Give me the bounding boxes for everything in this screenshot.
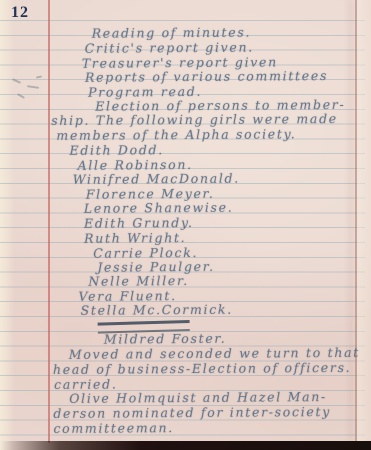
handwritten-line: derson nominated for inter-society [53, 405, 331, 421]
handwritten-line: Critic's report given. [85, 41, 254, 56]
handwritten-line: members of the Alpha society. [56, 127, 296, 143]
handwritten-line: Stella Mc.Cormick. [81, 303, 233, 318]
handwritten-line: committeeman. [53, 421, 174, 436]
notebook-page: 12 Reading of minutes.Critic's report gi… [0, 0, 371, 450]
handwritten-line: Reports of various committees [85, 69, 328, 85]
photo-edge-shadow [0, 441, 371, 450]
handwritten-line: Nelle Miller. [88, 274, 189, 289]
handwritten-line: Lenore Shanewise. [84, 201, 234, 216]
handwritten-line: Winifred MacDonald. [73, 172, 240, 187]
handwritten-line: Edith Dodd. [69, 143, 164, 158]
handwritten-line: Edith Grundy. [84, 216, 194, 231]
handwriting-layer: Reading of minutes.Critic's report given… [0, 0, 371, 450]
handwritten-line: head of business-Election of officers. [53, 361, 351, 377]
handwritten-line: Mildred Foster. [104, 332, 227, 347]
handwritten-line: Reading of minutes. [92, 26, 252, 41]
handwritten-line: Ruth Wright. [84, 231, 186, 246]
